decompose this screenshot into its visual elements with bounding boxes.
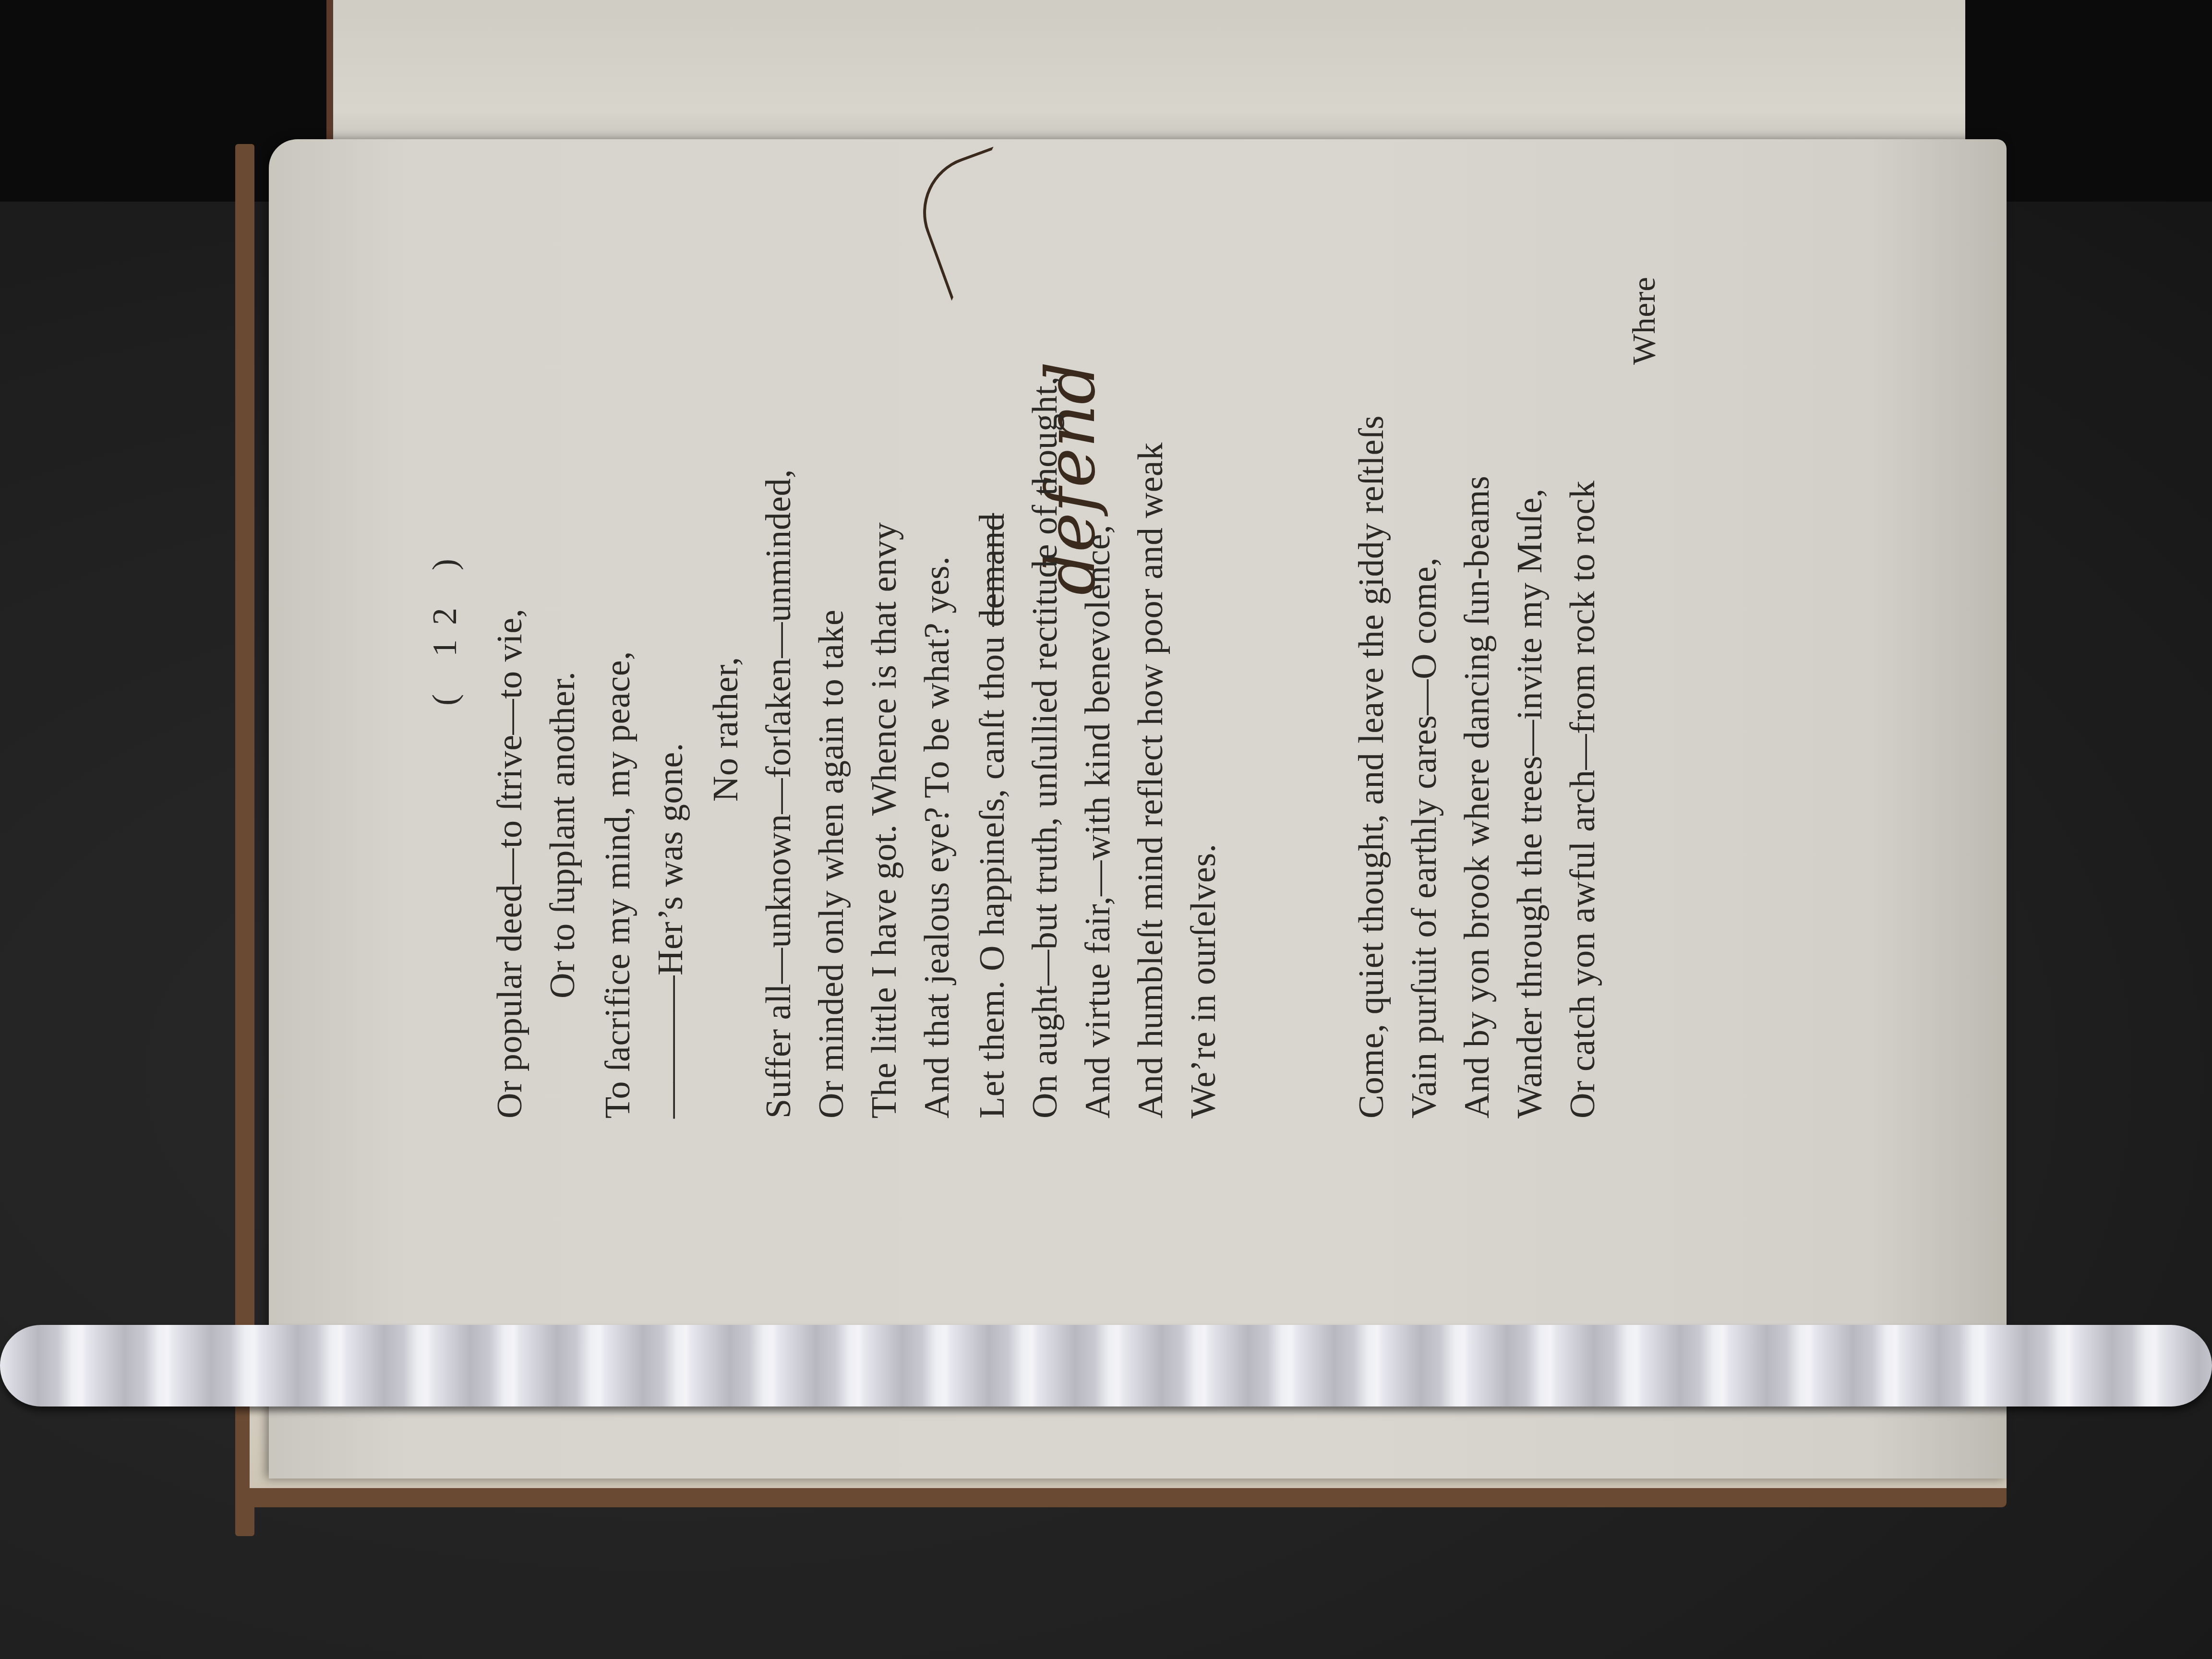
text-line: We’re in ourſelves.: [1186, 843, 1221, 1118]
text-line: Vain purſuit of earthly cares—O come,: [1407, 557, 1442, 1118]
catchword: Where: [1627, 276, 1660, 365]
text-line: The little I have got. Whence is that en…: [866, 522, 902, 1118]
text-line: No rather,: [708, 657, 744, 802]
text-line: Or minded only when again to take: [814, 610, 849, 1118]
text-line: And virtue fair,—with kind benevolence,: [1080, 525, 1116, 1118]
text-line: Wander through the trees—invite my Muſe,: [1512, 488, 1548, 1118]
text-line: On aught—but truth, unſullied rectitude …: [1027, 376, 1063, 1118]
weighted-cord: [0, 1325, 2212, 1407]
text-line: And that jealous eye? To be what? yes.: [919, 556, 955, 1118]
text-line: Or to ſupplant another.: [545, 672, 580, 998]
text-line-with-strike: Let them. O happineſs, canſt thou demand: [974, 513, 1010, 1118]
struck-word: demand: [973, 513, 1012, 627]
page-number: ( 12 ): [427, 544, 462, 706]
facing-page-edge: [326, 0, 1965, 158]
text-line: ————Her’s was gone.: [653, 743, 688, 1118]
text-line: Or catch yon awful arch—from rock to roc…: [1565, 481, 1600, 1118]
text-line: Let them. O happineſs, canſt thou: [973, 636, 1012, 1118]
book-cover-bottom: [240, 1488, 2007, 1507]
text-line: Suffer all—unknown—forſaken—unminded,: [761, 469, 796, 1118]
text-line: To ſacrifice my mind, my peace,: [600, 651, 636, 1118]
text-line: And humbleſt mind reflect how poor and w…: [1133, 442, 1168, 1118]
text-line: Or popular deed—to ſtrive—to vie,: [492, 608, 528, 1118]
text-line: Come, quiet thought, and leave the giddy…: [1354, 415, 1389, 1118]
text-line: And by yon brook where dancing ſun-beams: [1459, 476, 1495, 1118]
